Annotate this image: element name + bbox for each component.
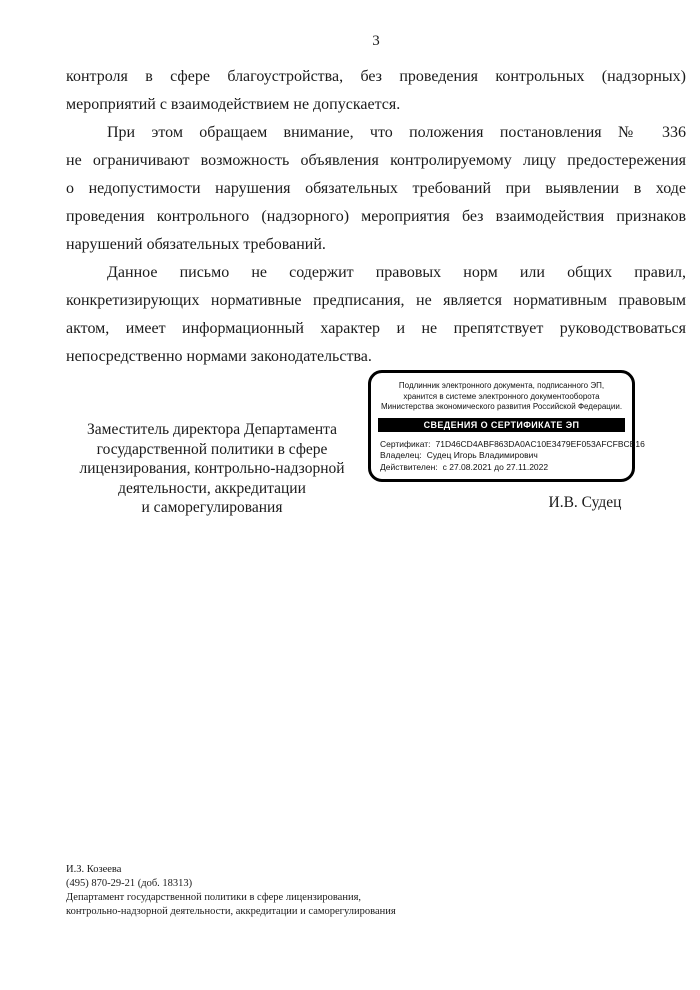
signatory-name: И.В. Судец bbox=[505, 494, 665, 512]
certificate-field-value: Судец Игорь Владимирович bbox=[427, 450, 538, 460]
document-page: 3 контроля в сфере благоустройства, без … bbox=[0, 0, 700, 990]
signatory-title-line: лицензирования, контрольно-надзорной bbox=[52, 459, 372, 479]
certificate-field-value: 71D46CD4ABF863DA0AC10E3479EF053AFCFBCE16 bbox=[436, 439, 645, 449]
body-line: нарушений обязательных требований. bbox=[66, 231, 686, 259]
stamp-notice-line: хранится в системе электронного документ… bbox=[371, 392, 632, 403]
body-text: контроля в сфере благоустройства, без пр… bbox=[66, 63, 686, 371]
body-line: мероприятий с взаимодействием не допуска… bbox=[66, 91, 686, 119]
body-line: конкретизирующих нормативные предписания… bbox=[66, 287, 686, 315]
executor-phone: (495) 870-29-21 (доб. 18313) bbox=[66, 877, 626, 891]
executor-footer: И.З. Козеева (495) 870-29-21 (доб. 18313… bbox=[66, 863, 626, 919]
body-line: контроля в сфере благоустройства, без пр… bbox=[66, 63, 686, 91]
body-line: проведения контрольного (надзорного) мер… bbox=[66, 203, 686, 231]
page-number: 3 bbox=[66, 33, 686, 50]
signatory-title-line: Заместитель директора Департамента bbox=[52, 420, 372, 440]
signatory-title-line: и саморегулирования bbox=[52, 498, 372, 518]
e-signature-stamp: Подлинник электронного документа, подпис… bbox=[368, 370, 635, 482]
certificate-field: Сертификат:71D46CD4ABF863DA0AC10E3479EF0… bbox=[380, 439, 632, 451]
body-line: Данное письмо не содержит правовых норм … bbox=[66, 259, 686, 287]
certificate-field-value: с 27.08.2021 до 27.11.2022 bbox=[443, 462, 548, 472]
stamp-notice-line: Министерства экономического развития Рос… bbox=[371, 402, 632, 413]
executor-name: И.З. Козеева bbox=[66, 863, 626, 877]
paragraph: При этом обращаем внимание, что положени… bbox=[66, 119, 686, 259]
certificate-field: Владелец:Судец Игорь Владимирович bbox=[380, 450, 632, 462]
certificate-field-label: Сертификат: bbox=[380, 439, 431, 449]
department-line: контрольно-надзорной деятельности, аккре… bbox=[66, 905, 626, 919]
body-line: непосредственно нормами законодательства… bbox=[66, 343, 686, 371]
certificate-field-label: Владелец: bbox=[380, 450, 422, 460]
body-line: не ограничивают возможность объявления к… bbox=[66, 147, 686, 175]
certificate-field-label: Действителен: bbox=[380, 462, 438, 472]
signatory-title-line: деятельности, аккредитации bbox=[52, 479, 372, 499]
certificate-field: Действителен:с 27.08.2021 до 27.11.2022 bbox=[380, 462, 632, 474]
signatory-title-line: государственной политики в сфере bbox=[52, 440, 372, 460]
body-line: актом, имеет информационный характер и н… bbox=[66, 315, 686, 343]
paragraph: контроля в сфере благоустройства, без пр… bbox=[66, 63, 686, 119]
certificate-fields: Сертификат:71D46CD4ABF863DA0AC10E3479EF0… bbox=[371, 439, 632, 474]
body-line: При этом обращаем внимание, что положени… bbox=[66, 119, 686, 147]
department-line: Департамент государственной политики в с… bbox=[66, 891, 626, 905]
certificate-header: СВЕДЕНИЯ О СЕРТИФИКАТЕ ЭП bbox=[378, 418, 625, 432]
stamp-notice-line: Подлинник электронного документа, подпис… bbox=[371, 381, 632, 392]
signatory-title: Заместитель директора Департамента госуд… bbox=[52, 420, 372, 518]
stamp-notice: Подлинник электронного документа, подпис… bbox=[371, 381, 632, 413]
paragraph: Данное письмо не содержит правовых норм … bbox=[66, 259, 686, 371]
body-line: о недопустимости нарушения обязательных … bbox=[66, 175, 686, 203]
